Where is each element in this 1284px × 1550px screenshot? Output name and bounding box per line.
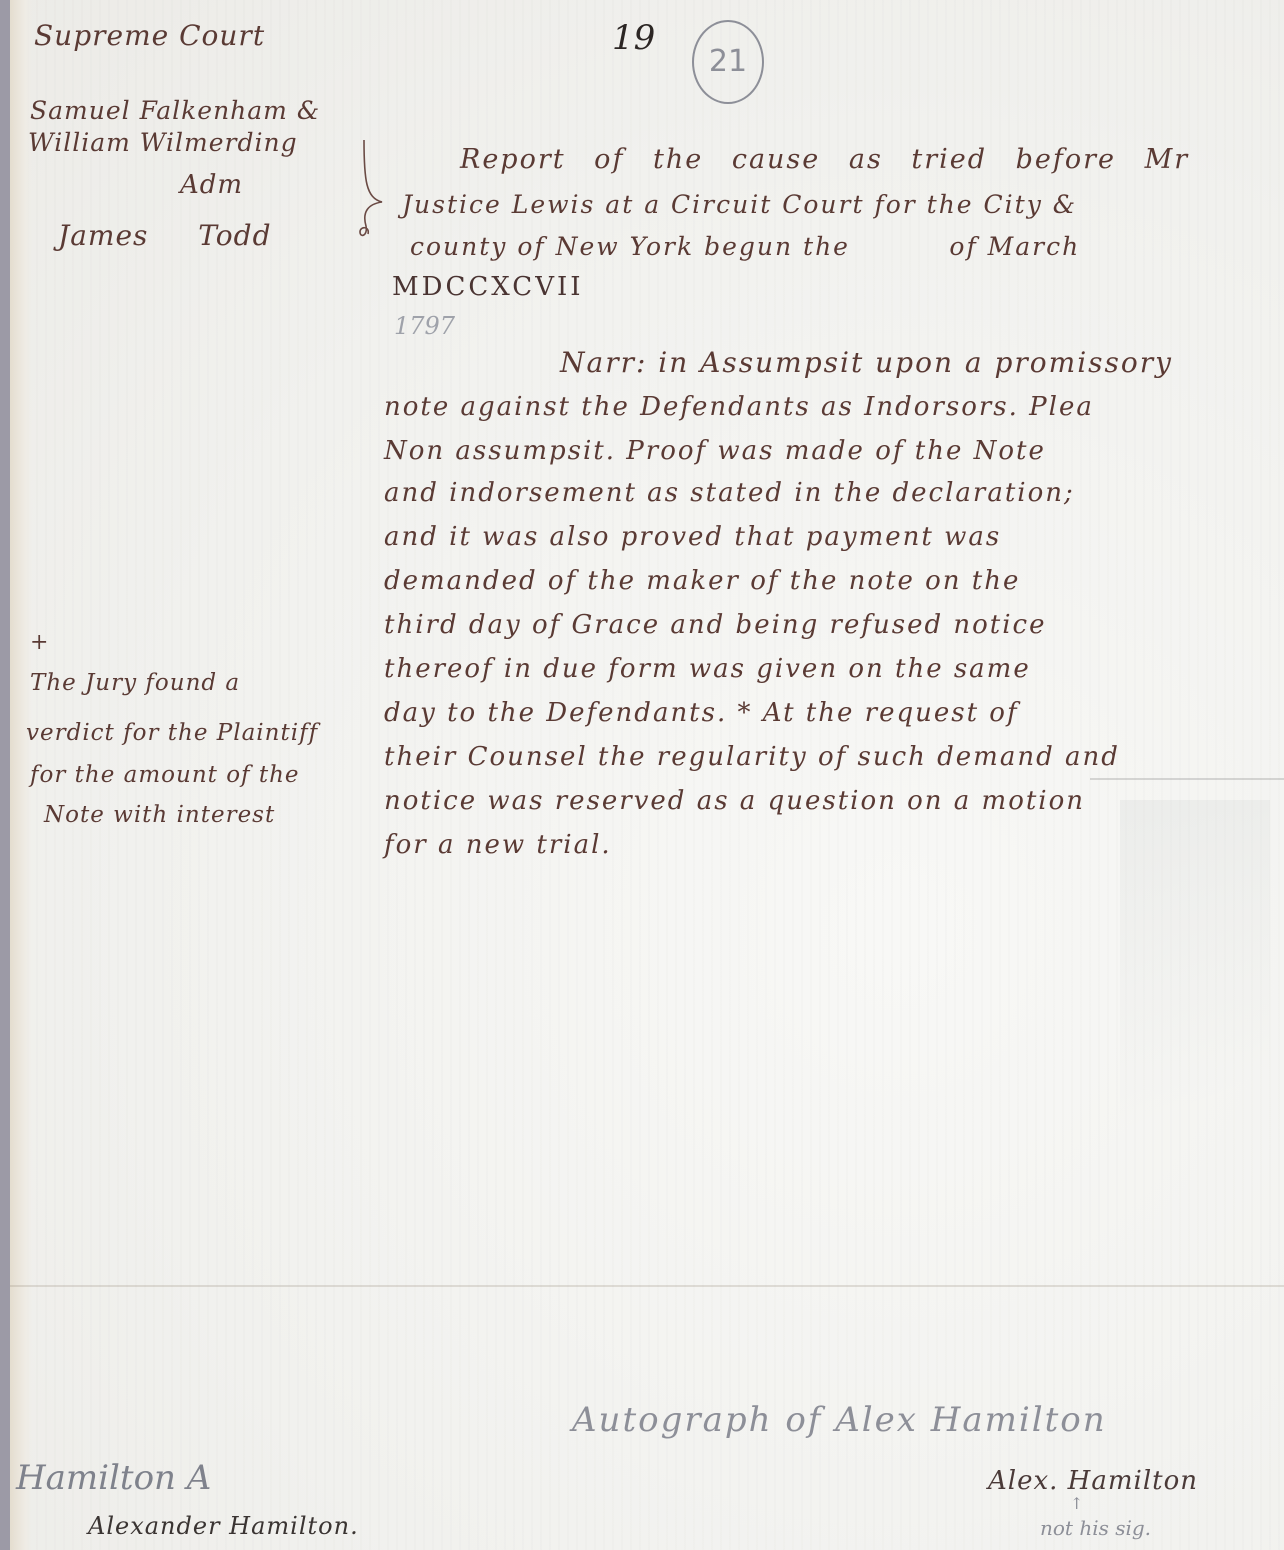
up-arrow-icon: ↑ [1070,1494,1083,1513]
gutter-stain [10,0,32,1550]
body-line: third day of Grace and being refused not… [384,610,1046,640]
heading-line-2: Justice Lewis at a Circuit Court for the… [402,190,1077,219]
body-line: thereof in due form was given on the sam… [384,654,1031,684]
verdict-line: Note with interest [44,804,275,827]
margin-court: Supreme Court [34,22,265,50]
heading-line-3: county of New York begun the of March [410,232,1080,261]
page-edge [0,0,10,1550]
verdict-line: for the amount of the [30,764,300,787]
margin-designation: Adm [180,172,243,198]
heading-line-1: Report of the cause as tried before Mr [460,144,1189,175]
ink-bottom-left: Alexander Hamilton. [88,1512,359,1540]
pencil-bottom-left: Hamilton A [16,1458,211,1498]
body-line: note against the Defendants as Indorsors… [384,392,1094,422]
margin-plaintiff-1: Samuel Falkenham & [30,98,320,123]
margin-plaintiff-2: William Wilmerding [28,130,298,155]
circled-folio-number: 21 [692,20,764,104]
margin-defendant: James Todd [58,222,272,250]
verdict-marker: + [30,630,49,655]
body-line: for a new trial. [384,830,612,860]
body-line: day to the Defendants. * At the request … [384,698,1019,728]
tear-line [1090,778,1284,780]
body-line: and it was also proved that payment was [384,522,1001,552]
body-line: demanded of the maker of the note on the [384,566,1020,596]
pencil-autograph-note: Autograph of Alex Hamilton [572,1400,1107,1440]
body-line: and indorsement as stated in the declara… [384,478,1075,508]
body-line: their Counsel the regularity of such dem… [384,742,1120,772]
verdict-line: The Jury found a [30,672,240,695]
paper-crease [1120,800,1270,1220]
roman-year: MDCCXCVII [392,272,584,302]
page-number: 19 [612,18,655,58]
pencil-year: 1797 [394,312,455,340]
signature-note: not his sig. [1040,1516,1151,1540]
fold-line [10,1285,1284,1287]
body-line: Narr: in Assumpsit upon a promissory [560,346,1173,379]
brace-icon [358,140,388,240]
verdict-line: verdict for the Plaintiff [26,722,318,745]
signature-right: Alex. Hamilton [988,1466,1198,1496]
body-line: notice was reserved as a question on a m… [384,786,1085,816]
body-line: Non assumpsit. Proof was made of the Not… [384,436,1046,466]
